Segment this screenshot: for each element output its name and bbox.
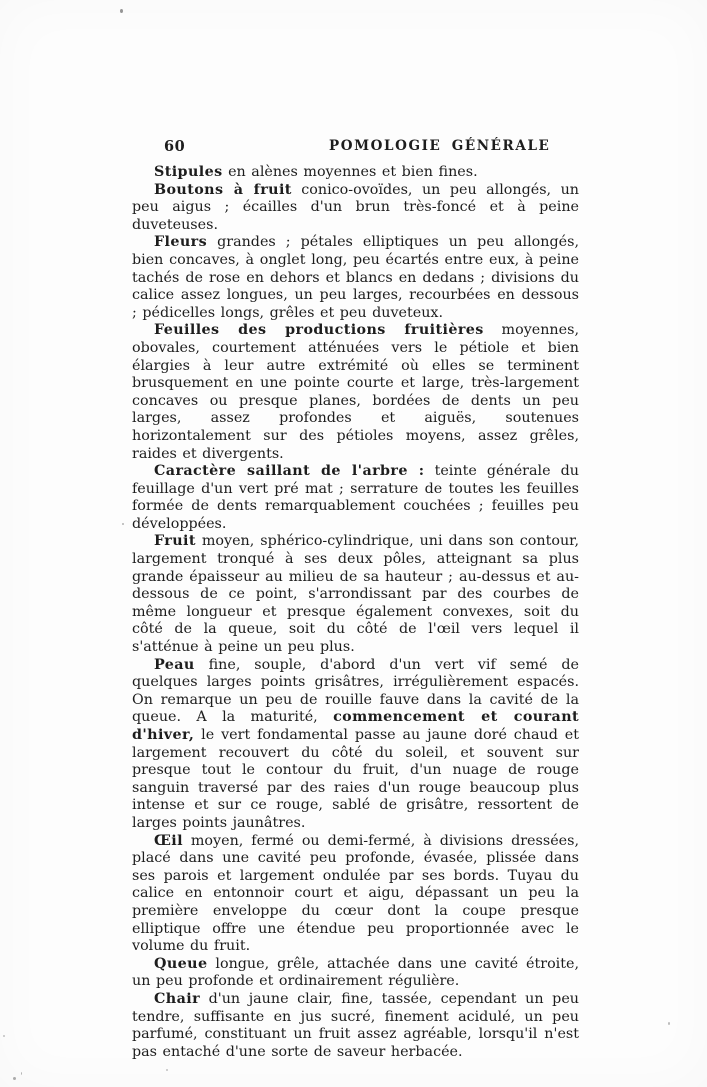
running-head: 60 POMOLOGIE GÉNÉRALE	[132, 138, 579, 156]
scan-speck	[3, 1035, 5, 1037]
paragraph: Stipules en alènes moyennes et bien fine…	[132, 164, 579, 182]
paragraph-lead: Queue	[154, 956, 207, 972]
paragraph: Queue longue, grêle, attachée dans une c…	[132, 956, 579, 991]
paragraph-text: le vert fondamental passe au jaune doré …	[132, 727, 579, 831]
paragraph: Fleurs grandes ; pétales elliptiques un …	[132, 234, 579, 322]
scan-speck	[120, 9, 123, 13]
paragraph-text: d'un jaune clair, fine, tassée, cependan…	[132, 991, 579, 1060]
paragraph: Œil moyen, fermé ou demi-fermé, à divisi…	[132, 833, 579, 956]
paragraph-lead: Chair	[154, 991, 200, 1007]
paragraph: Feuilles des productions fruitières moye…	[132, 322, 579, 463]
paragraph-lead: Stipules	[154, 164, 223, 180]
scan-speck	[668, 1022, 670, 1025]
paragraph-lead: Fruit	[154, 533, 196, 549]
paragraph-lead: Peau	[154, 657, 195, 673]
paragraph-text: moyennes, obovales, courtement atténuées…	[132, 322, 579, 461]
scan-speck	[166, 1069, 168, 1071]
scan-speck	[21, 1072, 22, 1075]
text-block: Stipules en alènes moyennes et bien fine…	[132, 164, 579, 1061]
paragraph-lead: Feuilles des productions fruitières	[154, 322, 484, 338]
paragraph-lead: Boutons à fruit	[154, 182, 292, 198]
paragraph-text: en alènes moyennes et bien fines.	[223, 164, 478, 180]
running-title: POMOLOGIE GÉNÉRALE	[329, 138, 550, 154]
scanned-book-page: 60 POMOLOGIE GÉNÉRALE Stipules en alènes…	[0, 0, 707, 1087]
paragraph: Caractère saillant de l'arbre : teinte g…	[132, 463, 579, 533]
paragraph-lead: Fleurs	[154, 234, 207, 250]
paragraph: Chair d'un jaune clair, fine, tassée, ce…	[132, 991, 579, 1061]
paragraph-lead: Œil	[154, 833, 183, 849]
paragraph: Peau fine, souple, d'abord d'un vert vif…	[132, 657, 579, 833]
paragraph-text: moyen, fermé ou demi-fermé, à divisions …	[132, 833, 579, 955]
page-number: 60	[164, 138, 185, 155]
paragraph: Fruit moyen, sphérico-cylindrique, uni d…	[132, 533, 579, 656]
scan-speck	[13, 1077, 16, 1080]
paragraph: Boutons à fruit conico-ovoïdes, un peu a…	[132, 182, 579, 235]
scan-speck	[122, 523, 124, 525]
paragraph-lead: Caractère saillant de l'arbre :	[154, 463, 424, 479]
paragraph-text: moyen, sphérico-cylindrique, uni dans so…	[132, 533, 579, 655]
